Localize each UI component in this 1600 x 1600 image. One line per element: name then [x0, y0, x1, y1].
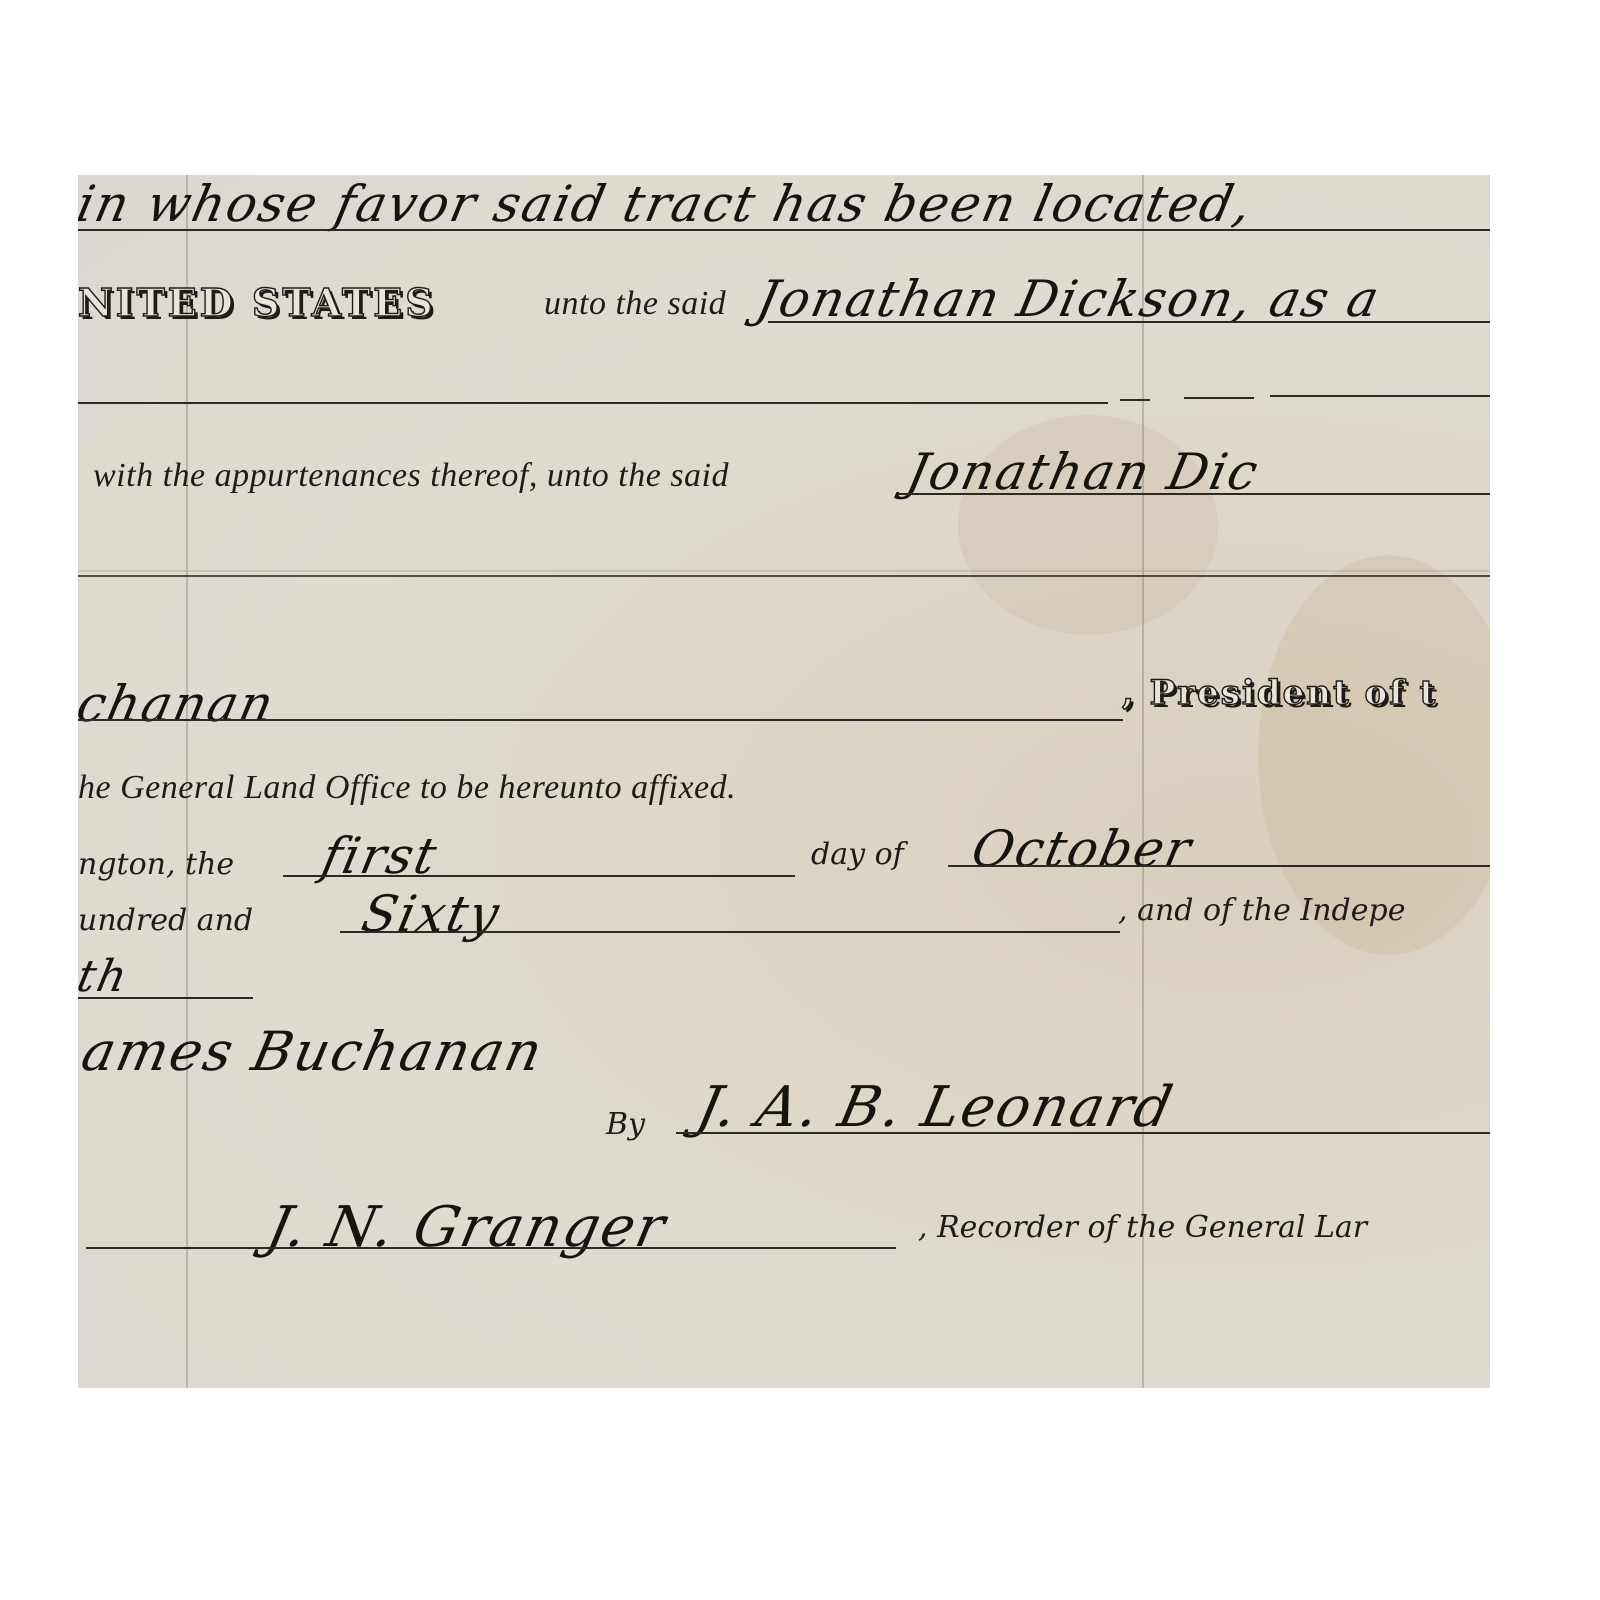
fill-line [78, 402, 1108, 404]
fill-line [1184, 397, 1254, 399]
fill-line [676, 1132, 1490, 1134]
printed-text: unto the said [544, 285, 726, 323]
recorder-label: , Recorder of the General Lar [918, 1210, 1367, 1245]
fill-line [78, 997, 253, 999]
fold-crease [78, 570, 1490, 572]
fill-line [768, 321, 1490, 323]
printed-text: undred and [78, 903, 253, 938]
fill-line [78, 719, 1123, 721]
signature-president: ames Buchanan [78, 1020, 549, 1083]
signature-recorder: J. N. Granger [261, 1195, 672, 1260]
fill-line [340, 931, 1120, 933]
fill-line [283, 875, 795, 877]
printed-text: with the appurtenances thereof, unto the… [93, 457, 729, 495]
by-label: By [606, 1107, 645, 1142]
fill-line [1270, 395, 1490, 397]
united-states-heading: NITED STATES [78, 280, 436, 325]
handwritten-location-clause: in whose favor said tract has been locat… [78, 175, 1258, 233]
president-of-heading: , President of t [1122, 673, 1437, 713]
handwritten-president-name: chanan [78, 675, 280, 733]
signature-secretary: J. A. B. Leonard [691, 1075, 1179, 1140]
printed-text: ngton, the [78, 847, 234, 882]
fill-line [898, 493, 1490, 495]
fill-line [948, 865, 1490, 867]
printed-text: , and of the Indepe [1118, 893, 1405, 928]
printed-text: he General Land Office to be hereunto af… [78, 769, 736, 807]
fold-crease [1142, 175, 1144, 1388]
handwritten-month: October [967, 820, 1198, 878]
fill-line [78, 575, 1490, 577]
fill-line [1120, 399, 1150, 401]
land-patent-document: in whose favor said tract has been locat… [78, 175, 1490, 1388]
fill-line [78, 229, 1490, 231]
handwritten-grantee-name: Jonathan Dickson, as a [752, 270, 1386, 328]
handwritten-ordinal: th [78, 951, 133, 1002]
fill-line [86, 1247, 896, 1249]
handwritten-year: Sixty [357, 885, 506, 943]
printed-text: day of [811, 837, 904, 872]
